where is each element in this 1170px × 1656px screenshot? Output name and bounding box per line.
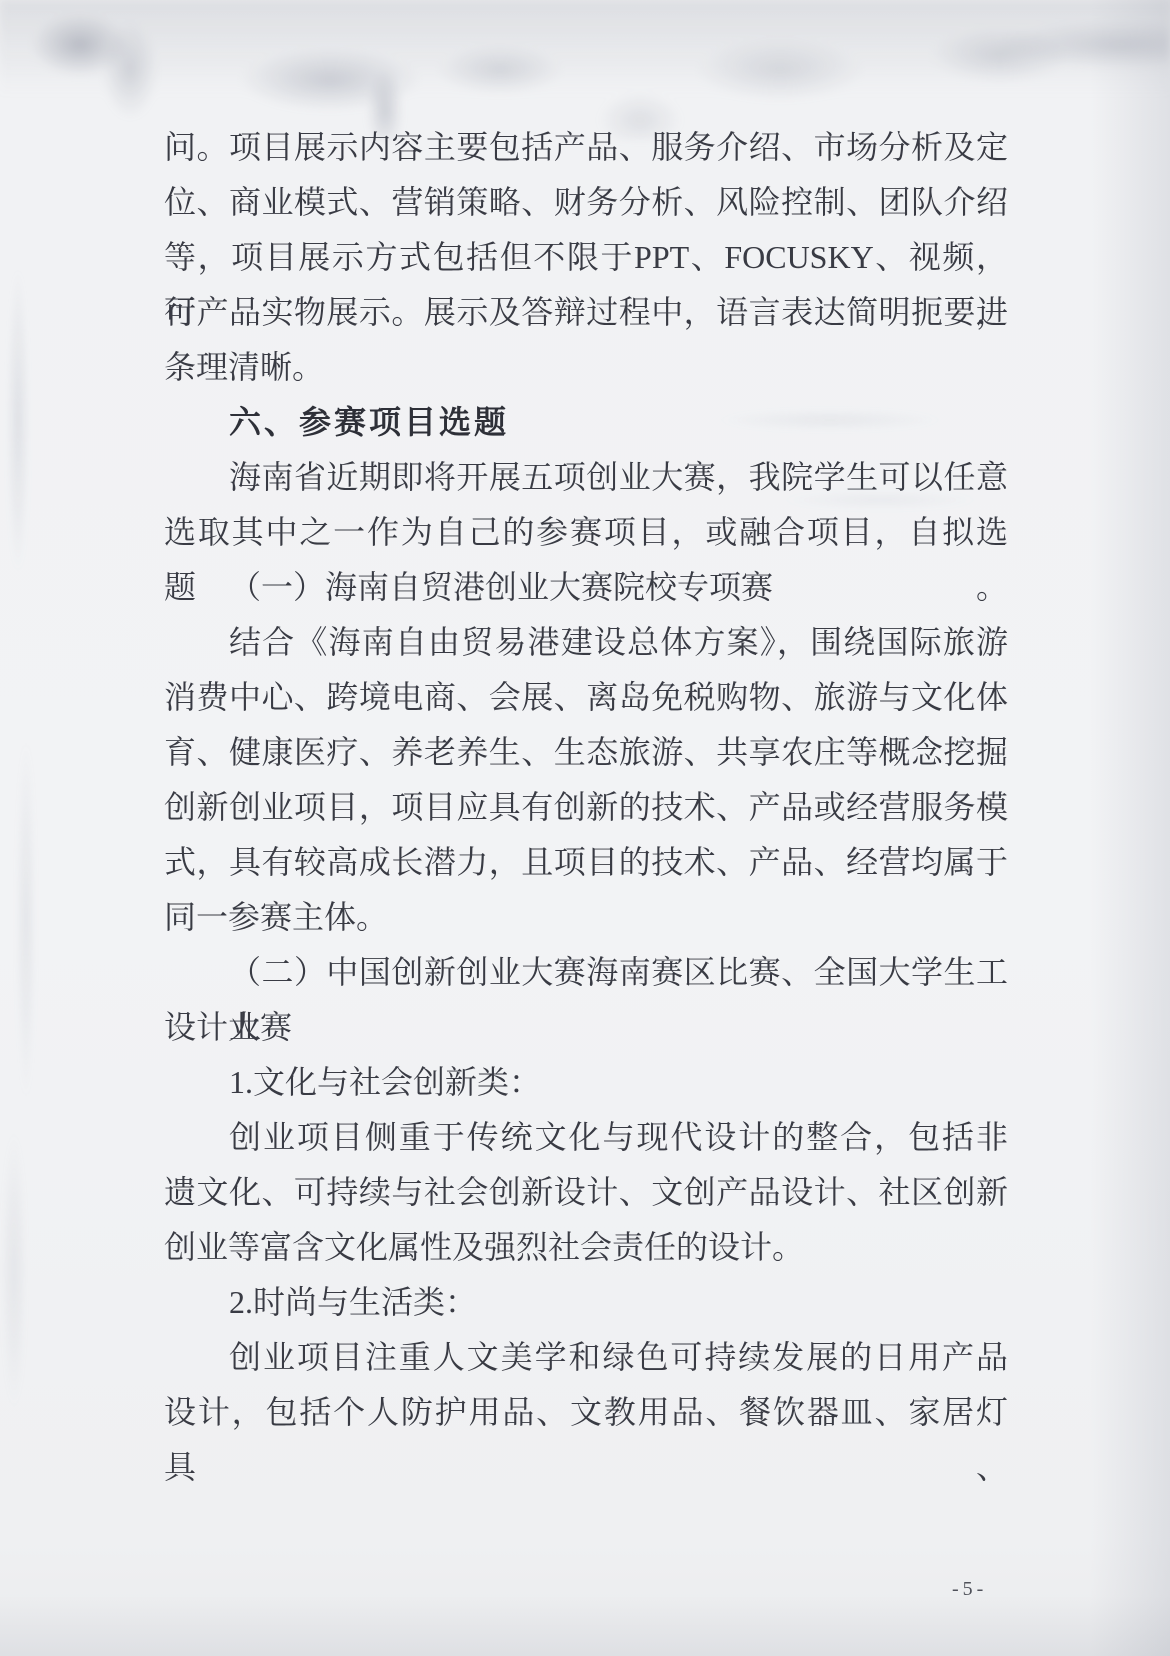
subsection-heading: （二）中国创新创业大赛海南赛区比赛、全国大学生工业	[164, 945, 1008, 1000]
text-line: 创业等富含文化属性及强烈社会责任的设计。	[164, 1220, 1008, 1275]
text-line: 设计大赛	[164, 1000, 1008, 1055]
text-line: 同一参赛主体。	[164, 890, 1008, 945]
text-line: 消费中心、跨境电商、会展、离岛免税购物、旅游与文化体	[164, 670, 1008, 725]
text-line: 创业项目侧重于传统文化与现代设计的整合，包括非	[164, 1110, 1008, 1165]
text-line: 创新创业项目，项目应具有创新的技术、产品或经营服务模	[164, 780, 1008, 835]
text-line: 选取其中之一作为自己的参赛项目，或融合项目，自拟选题。	[164, 505, 1008, 560]
text-line: 结合《海南自由贸易港建设总体方案》，围绕国际旅游	[164, 615, 1008, 670]
text-line: 等，项目展示方式包括但不限于PPT、FOCUSKY、视频，可进	[164, 230, 1008, 285]
scan-edge-shadow-right	[1090, 0, 1170, 1656]
scan-smudge-top	[0, 0, 1170, 140]
text-line: 育、健康医疗、养老养生、生态旅游、共享农庄等概念挖掘	[164, 725, 1008, 780]
page-number: -5-	[952, 1578, 987, 1601]
text-line: 式，具有较高成长潜力，且项目的技术、产品、经营均属于	[164, 835, 1008, 890]
list-item-heading: 1.文化与社会创新类：	[164, 1055, 1008, 1110]
text-line: 设计，包括个人防护用品、文教用品、餐饮器皿、家居灯具、	[164, 1385, 1008, 1440]
scan-smudge-left	[0, 120, 60, 1420]
list-item-heading: 2.时尚与生活类：	[164, 1275, 1008, 1330]
text-line: 条理清晰。	[164, 340, 1008, 395]
text-line: 创业项目注重人文美学和绿色可持续发展的日用产品	[164, 1330, 1008, 1385]
text-line: 遗文化、可持续与社会创新设计、文创产品设计、社区创新	[164, 1165, 1008, 1220]
document-body: 问。项目展示内容主要包括产品、服务介绍、市场分析及定 位、商业模式、营销策略、财…	[164, 120, 1008, 1440]
text-line: 位、商业模式、营销策略、财务分析、风险控制、团队介绍	[164, 175, 1008, 230]
document-page: 问。项目展示内容主要包括产品、服务介绍、市场分析及定 位、商业模式、营销策略、财…	[0, 0, 1170, 1656]
text-line: 行产品实物展示。展示及答辩过程中，语言表达简明扼要，	[164, 285, 1008, 340]
section-heading: 六、参赛项目选题	[164, 395, 1008, 450]
scan-edge-shadow-bottom	[0, 1596, 1170, 1656]
text-line: 海南省近期即将开展五项创业大赛，我院学生可以任意	[164, 450, 1008, 505]
text-line: 问。项目展示内容主要包括产品、服务介绍、市场分析及定	[164, 120, 1008, 175]
